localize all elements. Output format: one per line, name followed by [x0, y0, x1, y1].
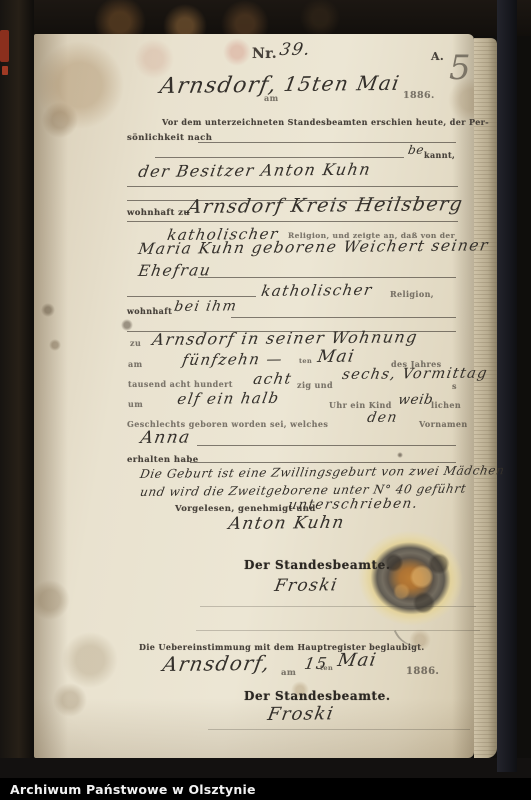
- cert-month: Mai: [336, 650, 379, 671]
- cert-place: Arnsdorf,: [161, 651, 272, 676]
- book-spine: [0, 0, 34, 770]
- known-written: be: [407, 143, 425, 157]
- dateline-year: 1886.: [403, 90, 435, 101]
- book-bottom-edge: [0, 758, 531, 778]
- registrar-title-2: Der Standesbeamte.: [244, 689, 391, 703]
- wohnhaft-zu-label: wohnhaft zu: [127, 208, 190, 218]
- blank-rule: [127, 186, 458, 187]
- mother-name: Maria Kuhn geborene Weichert seiner: [137, 236, 490, 258]
- am-label: am: [128, 359, 142, 369]
- tausend-label: tausend acht hundert: [128, 379, 233, 389]
- blank-rule: [127, 221, 458, 222]
- certification-line: Die Uebereinstimmung mit dem Hauptregist…: [139, 642, 425, 652]
- vornamen-label: Vornamen: [419, 419, 468, 429]
- zu-label: zu: [130, 338, 141, 348]
- wohnhaft-label: wohnhaft: [127, 306, 172, 316]
- year-decade-written: acht: [252, 370, 294, 388]
- zig-und-label: zig und: [297, 380, 333, 390]
- blank-rule: [198, 277, 456, 278]
- book-top-edge: [0, 0, 531, 36]
- lichen-label: lichen: [431, 400, 461, 410]
- mother-residence: bei ihm: [173, 298, 239, 315]
- record-number-label: Nr.: [252, 46, 277, 62]
- book-cover-right: [497, 0, 517, 772]
- blank-rule: [197, 445, 456, 446]
- s-suffix: s: [452, 381, 457, 391]
- gender-written: weib: [397, 392, 435, 408]
- religion2-written: katholischer: [260, 281, 374, 300]
- faint-rule: [196, 630, 480, 631]
- page-fore-edge: [474, 38, 497, 758]
- dateline-place: Arnsdorf,: [158, 73, 279, 99]
- faint-rule: [208, 729, 470, 730]
- registrar-title-1: Der Standesbeamte.: [244, 558, 391, 572]
- religion2-printed: Religion,: [390, 289, 434, 299]
- birth-place: Arnsdorf in seiner Wohnung: [151, 327, 420, 349]
- closing-written: unterschrieben.: [287, 496, 420, 513]
- registrar-signature-1: Froski: [273, 575, 339, 596]
- blank-rule: [231, 317, 456, 318]
- spine-red-mark: [0, 30, 9, 62]
- known-printed: kannt,: [424, 150, 455, 160]
- cert-am: am: [281, 668, 296, 678]
- birth-month: Mai: [316, 347, 357, 367]
- declarant-name: der Besitzer Anton Kuhn: [137, 160, 373, 181]
- watermark-bar: Archiwum Państwowe w Olsztynie: [0, 778, 531, 800]
- blank-rule: [190, 462, 456, 463]
- blank-rule: [155, 157, 404, 158]
- dateline-am: am: [264, 93, 278, 103]
- birth-day: fünfzehn —: [181, 350, 284, 369]
- declarant-residence: Arnsdorf Kreis Heilsberg: [186, 193, 465, 218]
- dateline-day-month: 15ten Mai: [282, 71, 402, 96]
- ten-suffix: ten: [299, 357, 312, 365]
- record-number-value: 39.: [278, 40, 313, 60]
- cert-ten: ten: [320, 664, 333, 672]
- blank-rule: [127, 296, 256, 297]
- intro-line1: Vor dem unterzeichneten Standesbeamten e…: [162, 117, 489, 127]
- archival-photo: Nr. 39. A. 5 Arnsdorf, am 15ten Mai 1886…: [0, 0, 531, 800]
- declarant-signature: Anton Kuhn: [227, 513, 346, 534]
- watermark-text: Archiwum Państwowe w Olsztynie: [0, 782, 256, 797]
- faint-rule: [200, 606, 476, 607]
- spine-red-mark-small: [2, 66, 8, 75]
- erhalten-habe-label: erhalten habe: [127, 455, 199, 465]
- article-written: den: [366, 410, 399, 426]
- birth-hour: elf ein halb: [176, 389, 281, 408]
- year-time-written: sechs, Vormittag: [341, 365, 489, 383]
- uhr-ein-kind-label: Uhr ein Kind: [329, 400, 392, 410]
- form-letter: A.: [431, 50, 444, 63]
- registrar-signature-2: Froski: [266, 703, 336, 725]
- um-label: um: [128, 399, 143, 409]
- pencil-page-number: 5: [449, 48, 471, 88]
- child-name: Anna: [139, 427, 192, 448]
- cert-year: 1886.: [406, 666, 439, 677]
